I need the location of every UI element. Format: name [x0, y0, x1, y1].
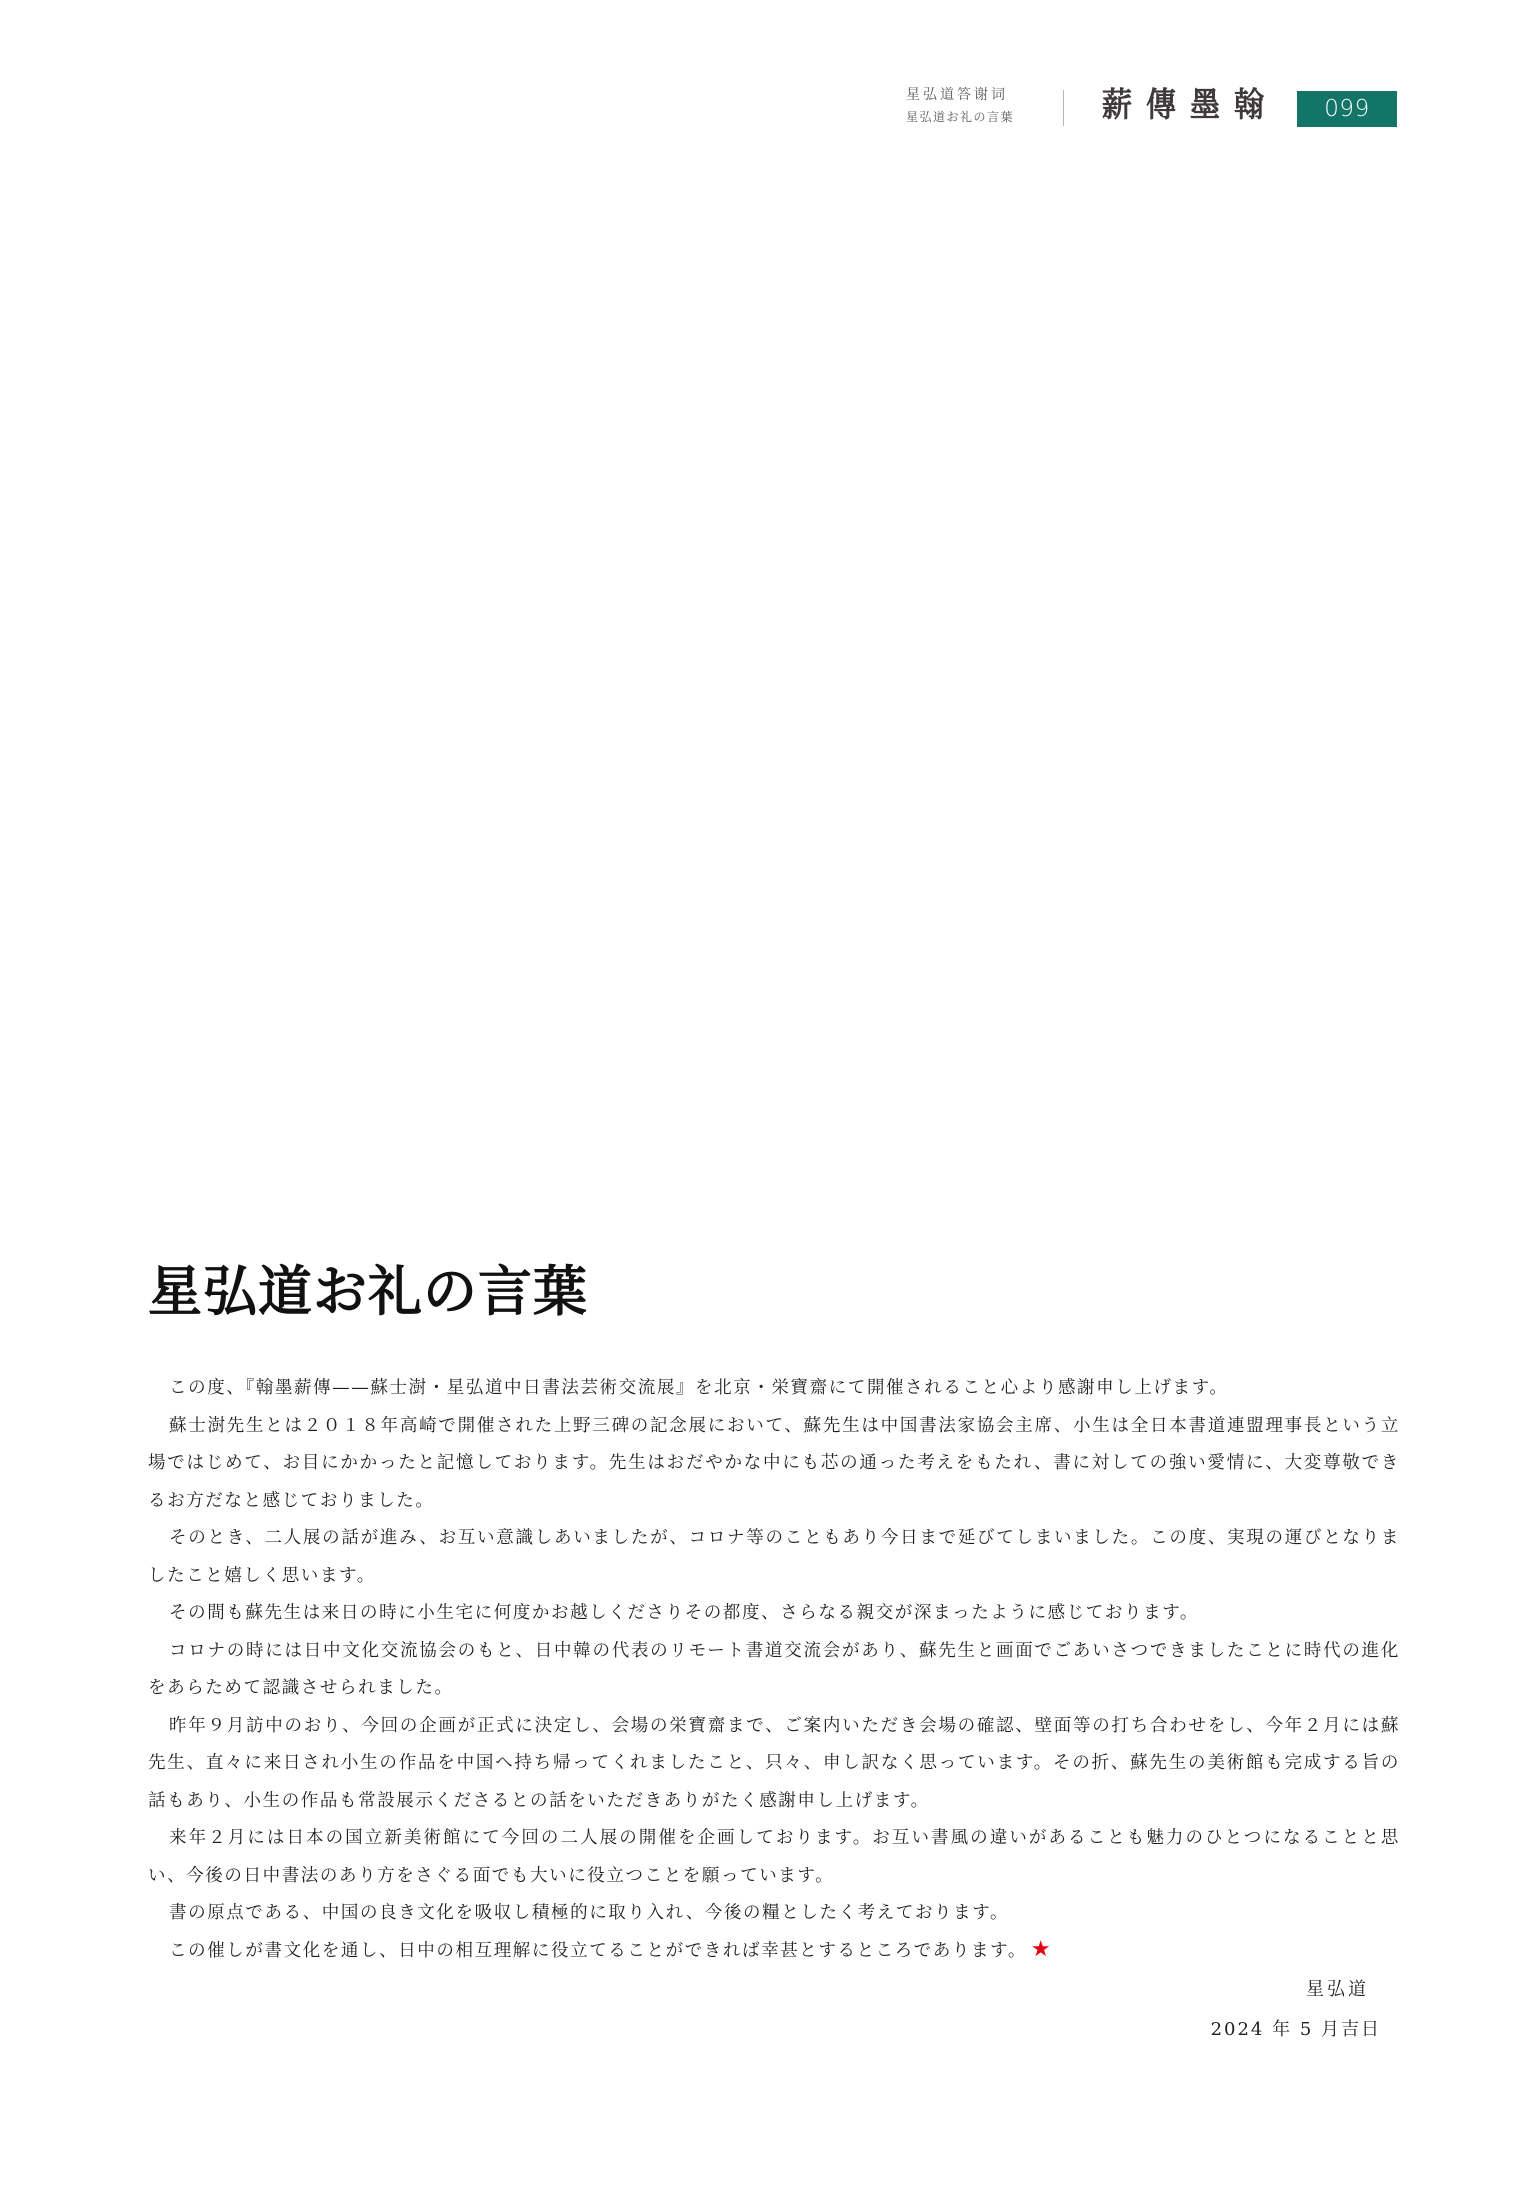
- page-header: 星弘道答谢词 星弘道お礼の言葉 薪傳墨翰 099: [906, 86, 1400, 134]
- paragraph-last: この催しが書文化を通し、日中の相互理解に役立てることができれば幸甚とするところで…: [148, 1933, 1400, 1971]
- article-title: 星弘道お礼の言葉: [148, 1262, 588, 1321]
- paragraph-text: この催しが書文化を通し、日中の相互理解に役立てることができれば幸甚とするところで…: [169, 1941, 1027, 1961]
- paragraph: 蘇士澍先生とは２０１８年高崎で開催された上野三碑の記念展において、蘇先生は中国書…: [148, 1408, 1400, 1521]
- paragraph: この度、『翰墨薪傳——蘇士澍・星弘道中日書法芸術交流展』を北京・栄寶齋にて開催さ…: [148, 1370, 1400, 1408]
- seal-script-logo: 薪傳墨翰: [1102, 89, 1278, 123]
- page-number-badge: 099: [1297, 91, 1397, 127]
- paragraph: 昨年９月訪中のおり、今回の企画が正式に決定し、会場の栄寶齋まで、ご案内いただき会…: [148, 1708, 1400, 1821]
- paragraph: 来年２月には日本の国立新美術館にて今回の二人展の開催を企画しております。お互い書…: [148, 1820, 1400, 1895]
- subtitle-chinese: 星弘道答谢词: [906, 88, 1014, 102]
- signature-block: 星弘道 2024 年 5 月吉日: [1211, 1970, 1381, 2050]
- paragraph: 書の原点である、中国の良き文化を吸収し積極的に取り入れ、今後の糧としたく考えてお…: [148, 1895, 1400, 1933]
- section-subtitle: 星弘道答谢词 星弘道お礼の言葉: [906, 88, 1014, 123]
- signature-date: 2024 年 5 月吉日: [1211, 2010, 1381, 2050]
- paragraph: コロナの時には日中文化交流協会のもと、日中韓の代表のリモート書道交流会があり、蘇…: [148, 1633, 1400, 1708]
- star-icon: ★: [1031, 1937, 1052, 1962]
- signature-author: 星弘道: [1211, 1970, 1381, 2010]
- subtitle-japanese: 星弘道お礼の言葉: [906, 111, 1014, 123]
- paragraph: その間も蘇先生は来日の時に小生宅に何度かお越しくださりその都度、さらなる親交が深…: [148, 1595, 1400, 1633]
- article-body: この度、『翰墨薪傳——蘇士澍・星弘道中日書法芸術交流展』を北京・栄寶齋にて開催さ…: [148, 1370, 1400, 1970]
- paragraph: そのとき、二人展の話が進み、お互い意識しあいましたが、コロナ等のこともあり今日ま…: [148, 1520, 1400, 1595]
- header-divider: [1063, 90, 1064, 126]
